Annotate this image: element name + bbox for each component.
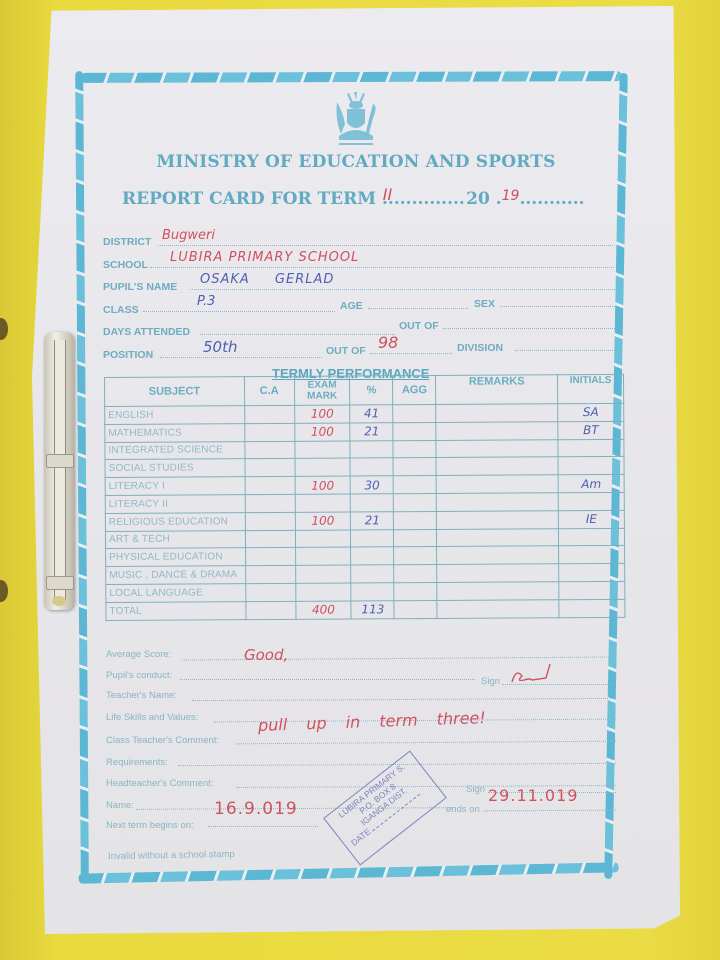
footer-note: Invalid without a school stamp [108, 849, 235, 862]
remarks-cell[interactable] [436, 422, 558, 441]
percent-cell[interactable]: 21 [351, 512, 394, 530]
agg-cell[interactable] [394, 529, 437, 547]
coat-of-arms-icon [325, 88, 387, 150]
district-label: DISTRICT [103, 236, 151, 248]
sex-label: SEX [474, 298, 495, 310]
subject-cell: SOCIAL STUDIES [105, 459, 245, 478]
agg-cell[interactable] [393, 440, 436, 458]
termly-performance-table: SUBJECT C.A EXAM MARK % AGG REMARKS INIT… [104, 374, 625, 621]
year-value[interactable]: 19 [502, 188, 520, 204]
initials-cell[interactable] [559, 581, 625, 599]
ca-cell[interactable] [246, 601, 296, 619]
initials-cell[interactable] [559, 563, 625, 581]
next-term-label: Next term begins on: [106, 820, 194, 831]
initials-cell[interactable] [558, 457, 624, 475]
agg-cell[interactable] [393, 404, 436, 422]
agg-cell[interactable] [394, 547, 437, 565]
ca-cell[interactable] [245, 548, 295, 566]
position-field[interactable]: 50th [203, 338, 237, 356]
subject-cell: INTEGRATED SCIENCE [105, 441, 245, 460]
teacher-sign-label: Sign [481, 676, 500, 687]
initials-cell[interactable] [559, 546, 625, 564]
exam-mark-total[interactable]: 400 [295, 601, 351, 619]
pupil-name-label: PUPIL'S NAME [103, 281, 177, 293]
remarks-cell[interactable] [437, 511, 559, 530]
percent-cell[interactable] [350, 440, 393, 458]
ca-cell[interactable] [245, 441, 295, 459]
agg-cell[interactable] [394, 476, 437, 494]
agg-cell[interactable] [393, 458, 436, 476]
exam-mark-cell[interactable] [295, 530, 351, 548]
percent-cell[interactable] [351, 529, 394, 547]
ministry-title: MINISTRY OF EDUCATION AND SPORTS [0, 152, 712, 172]
agg-cell[interactable] [393, 422, 436, 440]
initials-cell[interactable]: IE [558, 510, 624, 528]
class-teacher-comment-field[interactable]: pull up in term three! [258, 708, 486, 735]
remarks-cell[interactable] [436, 439, 558, 458]
initials-cell[interactable]: Am [558, 475, 624, 493]
header-initials: INITIALS [558, 374, 624, 403]
remarks-cell[interactable] [436, 475, 558, 494]
subject-cell: MATHEMATICS [105, 423, 245, 442]
conduct-label: Pupil's conduct: [106, 670, 172, 681]
initials-cell[interactable] [558, 439, 624, 457]
ca-cell[interactable] [245, 530, 295, 548]
position-out-of-field[interactable]: 98 [378, 333, 398, 352]
district-field[interactable]: Bugweri [162, 228, 215, 243]
exam-mark-cell[interactable] [295, 547, 351, 565]
subject-cell: MUSIC , DANCE & DRAMA [106, 566, 246, 585]
ca-cell[interactable] [244, 405, 294, 423]
header-remarks: REMARKS [436, 375, 558, 405]
report-term-heading: REPORT CARD FOR TERM .............. II 2… [122, 189, 585, 209]
remarks-cell[interactable] [437, 546, 559, 565]
percent-cell[interactable]: 41 [350, 405, 393, 423]
remarks-cell[interactable] [436, 457, 558, 476]
header-percent: % [350, 376, 393, 405]
percent-cell[interactable] [351, 583, 394, 601]
table-header-row: SUBJECT C.A EXAM MARK % AGG REMARKS INIT… [105, 374, 624, 406]
average-score-field[interactable]: Good, [244, 646, 288, 664]
school-stamp: LUBIRA PRIMARY S. P.O. BOX 8 IGANGA DIST… [323, 750, 447, 865]
percent-total[interactable]: 113 [351, 600, 394, 618]
ca-cell[interactable] [245, 512, 295, 530]
remarks-cell[interactable] [437, 599, 559, 618]
subject-cell: RELIGIOUS EDUCATION [105, 512, 245, 531]
remarks-cell[interactable] [437, 582, 559, 601]
ca-cell[interactable] [245, 566, 295, 584]
average-score-label: Average Score: [106, 649, 171, 660]
subject-cell: TOTAL [106, 601, 246, 620]
term-value[interactable]: II [383, 185, 392, 204]
position-label: POSITION [103, 349, 153, 361]
pupil-name-field[interactable]: OSAKA GERLAD [200, 272, 334, 287]
percent-cell[interactable]: 30 [351, 476, 394, 494]
requirements-label: Requirements: [106, 757, 168, 768]
initials-cell[interactable]: SA [558, 403, 624, 421]
exam-mark-cell[interactable] [295, 494, 351, 512]
days-attended-label: DAYS ATTENDED [103, 326, 190, 338]
ca-cell[interactable] [244, 423, 294, 441]
percent-cell[interactable] [351, 565, 394, 583]
agg-cell[interactable] [394, 493, 437, 511]
teacher-name-label: Teacher's Name: [106, 690, 177, 701]
life-skills-label: Life Skills and Values: [106, 712, 198, 723]
remarks-cell[interactable] [437, 528, 559, 547]
total-row: TOTAL 400 113 [106, 599, 625, 620]
teacher-signature[interactable] [508, 664, 558, 686]
ca-cell[interactable] [245, 477, 295, 495]
headteacher-comment-label: Headteacher's Comment: [106, 778, 213, 789]
agg-cell[interactable] [394, 565, 437, 583]
ca-cell[interactable] [245, 583, 295, 601]
exam-mark-cell[interactable]: 100 [295, 476, 351, 494]
percent-cell[interactable] [350, 458, 393, 476]
initials-cell[interactable] [558, 492, 624, 510]
head-sign-label: Sign [466, 784, 485, 795]
next-term-begins-field[interactable]: 16.9.019 [214, 799, 298, 819]
initials-cell[interactable] [558, 528, 624, 546]
exam-mark-cell[interactable] [294, 441, 350, 459]
school-field[interactable]: LUBIRA PRIMARY SCHOOL [170, 250, 359, 265]
remarks-cell[interactable] [436, 404, 558, 423]
remarks-cell[interactable] [437, 493, 559, 512]
header-agg: AGG [393, 375, 436, 404]
report-card: MINISTRY OF EDUCATION AND SPORTS REPORT … [0, 0, 720, 960]
percent-cell[interactable]: 21 [350, 423, 393, 441]
percent-cell[interactable] [351, 547, 394, 565]
subject-cell: ART & TECH [105, 530, 245, 549]
subject-cell: LITERACY I [105, 477, 245, 496]
header-exam-mark: EXAM MARK [294, 376, 350, 405]
agg-cell[interactable] [394, 582, 437, 600]
class-field[interactable]: P.3 [197, 294, 215, 309]
subject-cell: ENGLISH [105, 406, 245, 425]
subject-cell: PHYSICAL EDUCATION [106, 548, 246, 567]
header-subject: SUBJECT [105, 377, 245, 407]
subject-cell: LITERACY II [105, 495, 245, 514]
exam-mark-cell[interactable] [295, 583, 351, 601]
exam-mark-cell[interactable]: 100 [294, 405, 350, 423]
school-label: SCHOOL [103, 259, 148, 271]
agg-cell[interactable] [394, 511, 437, 529]
days-out-of-label: OUT OF [399, 320, 439, 332]
exam-mark-cell[interactable]: 100 [295, 512, 351, 530]
class-label: CLASS [103, 304, 139, 316]
position-out-of-label: OUT OF [326, 345, 366, 357]
header-ca: C.A [244, 376, 294, 405]
agg-cell[interactable] [394, 600, 437, 618]
age-label: AGE [340, 300, 363, 312]
ca-cell[interactable] [245, 459, 295, 477]
division-label: DIVISION [457, 342, 503, 354]
initials-cell[interactable] [559, 599, 625, 617]
name-label: Name: [106, 800, 134, 811]
ends-on-field[interactable]: 29.11.019 [488, 786, 578, 805]
exam-mark-cell[interactable] [295, 565, 351, 583]
percent-cell[interactable] [351, 494, 394, 512]
initials-cell[interactable]: BT [558, 421, 624, 439]
ca-cell[interactable] [245, 494, 295, 512]
exam-mark-cell[interactable]: 100 [294, 423, 350, 441]
remarks-cell[interactable] [437, 564, 559, 583]
ends-on-label: ends on [446, 804, 480, 815]
subject-cell: LOCAL LANGUAGE [106, 584, 246, 603]
class-teacher-comment-label: Class Teacher's Comment: [106, 735, 219, 746]
exam-mark-cell[interactable] [295, 458, 351, 476]
